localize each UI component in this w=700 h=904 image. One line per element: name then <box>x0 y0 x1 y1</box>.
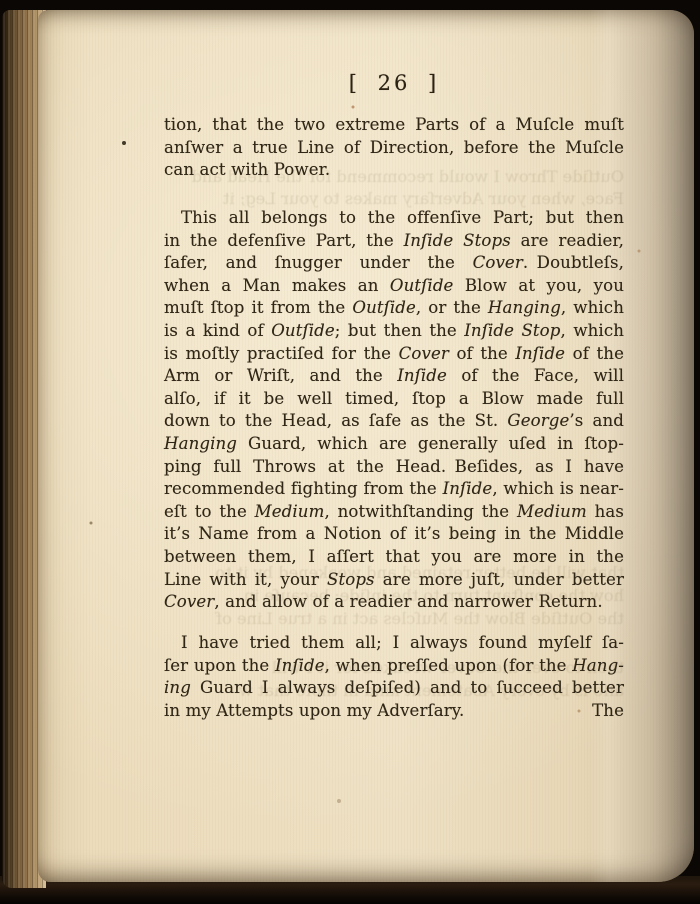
text-line: when a Man makes an Outſide Blow at you,… <box>164 275 624 298</box>
text-line: Arm or Wriſt, and the Inſide of the Face… <box>164 365 624 388</box>
paragraph-2: This all belongs to the offenſive Part; … <box>164 207 624 614</box>
text-line: it’s Name from a Notion of it’s being in… <box>164 523 624 546</box>
text-line: Line with it, your Stops are more juſt, … <box>164 569 624 592</box>
text-line: is moſtly practiſed for the Cover of the… <box>164 343 624 366</box>
paragraph-3: I have tried them all; I always found my… <box>164 632 624 722</box>
text-line: can act with Power. <box>164 159 624 182</box>
text-line: ſafer, and ſnugger under the Cover. Doub… <box>164 252 624 275</box>
text-line: in my Attempts upon my Adverſary.The <box>164 700 624 723</box>
scanned-book-page: [ 26 ] Outſide Throw I would recommend f… <box>0 0 700 904</box>
text-line: in the defenſive Part, the Inſide Stops … <box>164 230 624 253</box>
text-line: This all belongs to the offenſive Part; … <box>164 207 624 230</box>
page-number-header: [ 26 ] <box>164 71 624 95</box>
text-line: recommended fighting from the Inſide, wh… <box>164 478 624 501</box>
text-line: between them, I aſſert that you are more… <box>164 546 624 569</box>
text-line: ſer upon the Inſide, when preſſed upon (… <box>164 655 624 678</box>
text-line: eſt to the Medium, notwithſtanding the M… <box>164 501 624 524</box>
catchword: The <box>592 700 624 723</box>
text-line: is a kind of Outſide; but then the Inſid… <box>164 320 624 343</box>
text-line: ping full Throws at the Head. Beſides, a… <box>164 456 624 479</box>
text-block: [ 26 ] Outſide Throw I would recommend f… <box>164 10 624 882</box>
text-line: tion, that the two extreme Parts of a Mu… <box>164 114 624 137</box>
text-line: ing Guard I always deſpiſed) and to ſucc… <box>164 677 624 700</box>
text-line: alſo, if it be well timed, ſtop a Blow m… <box>164 388 624 411</box>
text-line: down to the Head, as ſafe as the St. Geo… <box>164 410 624 433</box>
text-line: Hanging Guard, which are generally uſed … <box>164 433 624 456</box>
paragraph-1: tion, that the two extreme Parts of a Mu… <box>164 114 624 182</box>
text-line: I have tried them all; I always found my… <box>164 632 624 655</box>
text-line: muſt ſtop it from the Outſide, or the Ha… <box>164 297 624 320</box>
text-line: Cover, and allow of a readier and narrow… <box>164 591 624 614</box>
paper-page: [ 26 ] Outſide Throw I would recommend f… <box>38 10 694 882</box>
text-line: anſwer a true Line of Direction, before … <box>164 137 624 160</box>
